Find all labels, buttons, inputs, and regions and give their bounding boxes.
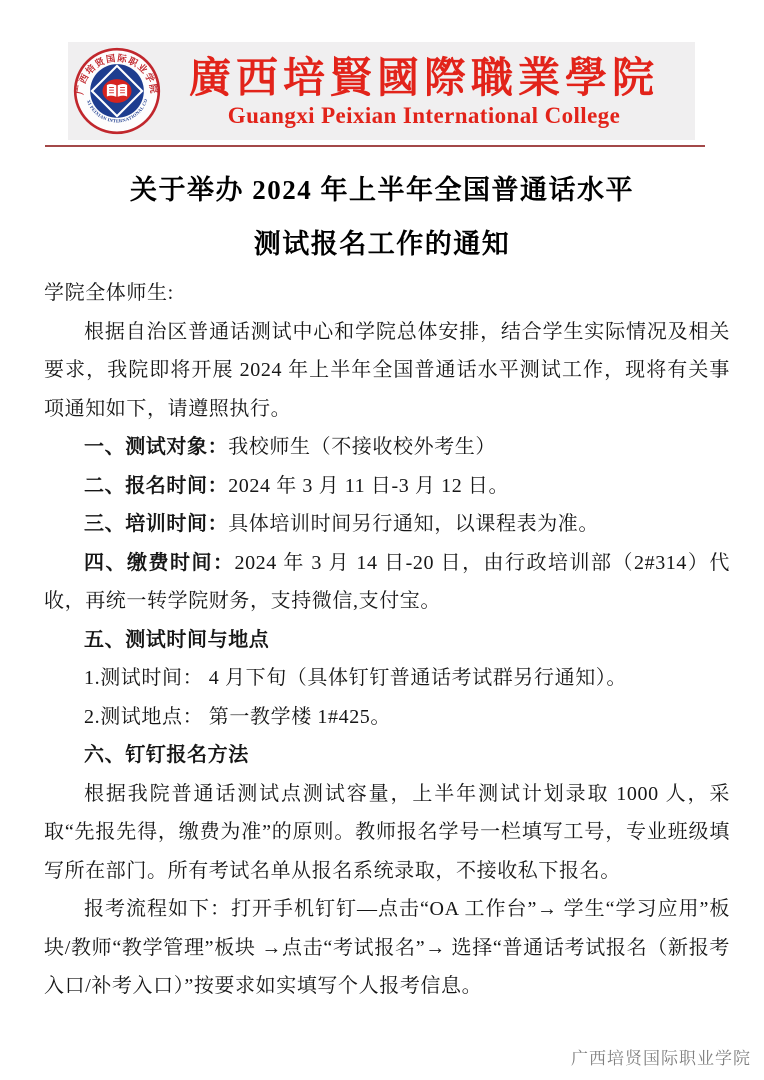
- college-name-chinese: 廣西培賢國際職業學院: [161, 54, 687, 102]
- notice-body: 学院全体师生: 根据自治区普通话测试中心和学院总体安排，结合学生实际情况及相关要…: [44, 274, 730, 1006]
- item-payment-time-label: 四、缴费时间：: [84, 552, 234, 574]
- heading-test-time-place: 五、测试时间与地点: [44, 621, 730, 660]
- item-test-target-label: 一、测试对象：: [84, 436, 228, 458]
- notice-title-line1: 关于举办 2024 年上半年全国普通话水平: [0, 163, 764, 217]
- masthead: 廣西培賢國際職業學院 Guangxi Peixian International…: [161, 54, 695, 128]
- item-test-target-text: 我校师生（不接收校外考生）: [228, 436, 496, 458]
- subitem-test-time: 1.测试时间： 4 月下旬（具体钉钉普通话考试群另行通知）。: [44, 659, 730, 698]
- notice-title-line2: 测试报名工作的通知: [0, 217, 764, 271]
- paragraph-procedure: 报考流程如下：打开手机钉钉—点击“OA 工作台”→ 学生“学习应用”板块/教师“…: [44, 890, 730, 1006]
- seal-center-ellipse: [102, 79, 131, 103]
- item-registration-time: 二、报名时间：2024 年 3 月 11 日-3 月 12 日。: [44, 467, 730, 506]
- item-registration-time-text: 2024 年 3 月 11 日-3 月 12 日。: [228, 475, 509, 497]
- college-name-english: Guangxi Peixian International College: [161, 103, 687, 128]
- item-training-time: 三、培训时间：具体培训时间另行通知，以课程表为准。: [44, 505, 730, 544]
- item-training-time-label: 三、培训时间：: [84, 513, 228, 535]
- item-training-time-text: 具体培训时间另行通知，以课程表为准。: [228, 513, 599, 535]
- item-payment-time: 四、缴费时间：2024 年 3 月 14 日-20 日，由行政培训部（2#314…: [44, 544, 730, 621]
- paragraph-intro: 根据自治区普通话测试中心和学院总体安排，结合学生实际情况及相关要求，我院即将开展…: [44, 313, 730, 429]
- subitem-test-place: 2.测试地点： 第一教学楼 1#425。: [44, 698, 730, 737]
- item-test-target: 一、测试对象：我校师生（不接收校外考生）: [44, 428, 730, 467]
- heading-dingtalk-method: 六、钉钉报名方法: [44, 736, 730, 775]
- notice-title: 关于举办 2024 年上半年全国普通话水平 测试报名工作的通知: [0, 163, 764, 271]
- letterhead-divider: [45, 145, 705, 147]
- letterhead: 广西培贤国际职业学院 GUANGXI PEIXIAN INTERNATIONAL…: [68, 42, 695, 140]
- college-seal-logo: 广西培贤国际职业学院 GUANGXI PEIXIAN INTERNATIONAL…: [73, 47, 161, 135]
- salutation: 学院全体师生:: [44, 274, 730, 313]
- footer-watermark: 广西培贤国际职业学院: [571, 1044, 751, 1069]
- notice-document: 广西培贤国际职业学院 GUANGXI PEIXIAN INTERNATIONAL…: [0, 0, 764, 1080]
- item-registration-time-label: 二、报名时间：: [84, 475, 228, 497]
- paragraph-capacity: 根据我院普通话测试点测试容量，上半年测试计划录取 1000 人，采取“先报先得，…: [44, 775, 730, 891]
